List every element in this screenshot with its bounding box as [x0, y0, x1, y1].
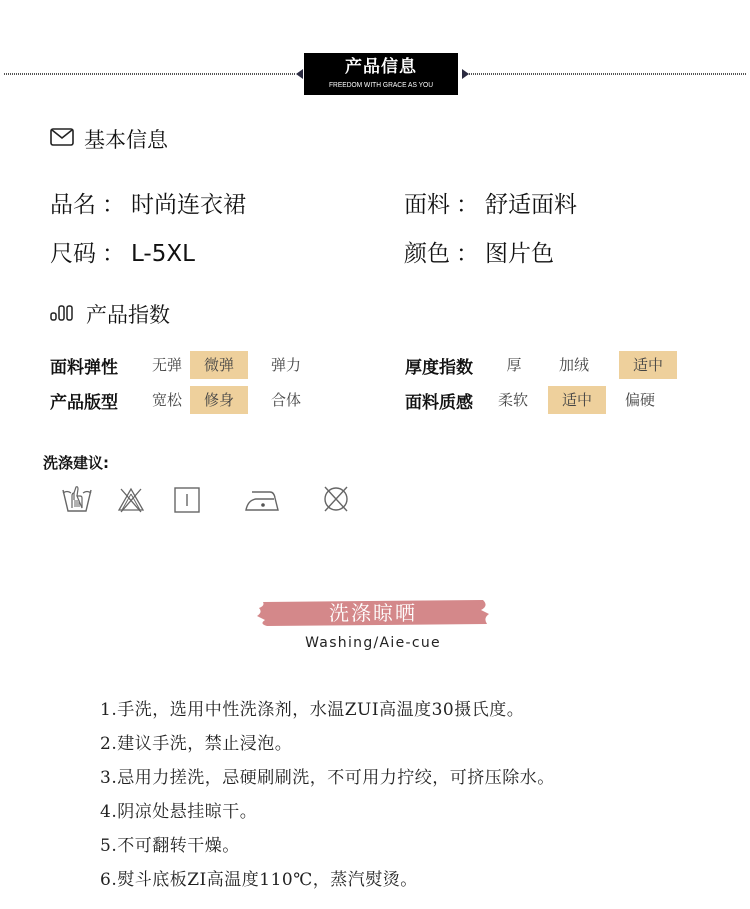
index-row-fit: 产品版型 宽松 修身 合体 [50, 386, 324, 414]
iron-low-icon [244, 484, 282, 518]
info-label: 面料 [404, 192, 450, 218]
info-label: 尺码 [50, 241, 96, 267]
header-subtitle: FREEDOM WITH GRACE AS YOU [308, 81, 454, 90]
info-label: 颜色 [404, 241, 450, 267]
info-sep: ： [102, 241, 125, 267]
index-option: 加绒 [529, 351, 619, 379]
info-color: 颜色：图片色 [404, 235, 554, 268]
info-sep: ： [456, 241, 479, 267]
tumble-dry-line-icon [172, 484, 202, 518]
header-divider-left [4, 73, 296, 75]
info-fabric: 面料：舒适面料 [404, 186, 577, 219]
index-option: 合体 [248, 386, 324, 414]
index-option: 宽松 [144, 386, 190, 414]
info-sep: ： [102, 192, 125, 218]
washing-steps-list: 1.手洗，选用中性洗涤剂，水温ZUI高温度30摄氏度。 2.建议手洗，禁止浸泡。… [100, 697, 555, 901]
washing-banner-subtitle: Washing/Aie-cue [257, 635, 489, 651]
index-option-selected: 微弹 [190, 351, 248, 379]
envelope-icon [50, 127, 74, 151]
triangle-right-icon [462, 69, 469, 79]
do-not-bleach-icon [116, 484, 146, 518]
info-product-name: 品名：时尚连衣裙 [50, 186, 246, 219]
index-option-selected: 适中 [619, 351, 677, 379]
info-value: L-5XL [131, 241, 195, 267]
index-label: 产品版型 [50, 388, 144, 413]
info-value: 时尚连衣裙 [131, 192, 246, 218]
washing-step: 5.不可翻转干燥。 [100, 833, 555, 867]
index-label: 面料质感 [405, 388, 499, 413]
index-option: 无弹 [144, 351, 190, 379]
washing-step: 6.熨斗底板ZI高温度110℃，蒸汽熨烫。 [100, 867, 555, 901]
do-not-dry-clean-icon [320, 484, 352, 518]
info-sep: ： [456, 192, 479, 218]
washing-step: 4.阴凉处悬挂晾干。 [100, 799, 555, 833]
triangle-left-icon [296, 69, 303, 79]
index-row-texture: 面料质感 柔软 适中 偏硬 [405, 386, 674, 414]
bar-chart-icon [50, 302, 76, 326]
index-option: 柔软 [493, 386, 533, 414]
wash-advice-title: 洗涤建议: [43, 452, 109, 473]
header-title-box: 产品信息 FREEDOM WITH GRACE AS YOU [304, 53, 458, 95]
basic-info-heading: 基本信息 [50, 124, 168, 154]
index-option-selected: 修身 [190, 386, 248, 414]
header-divider-right [469, 73, 747, 75]
header-title: 产品信息 [304, 59, 458, 76]
hand-wash-icon [60, 484, 94, 518]
index-option-selected: 适中 [548, 386, 606, 414]
basic-info-heading-text: 基本信息 [84, 124, 168, 154]
index-option: 厚 [499, 351, 529, 379]
info-value: 舒适面料 [485, 192, 577, 218]
product-index-heading: 产品指数 [50, 299, 170, 329]
index-option: 偏硬 [606, 386, 674, 414]
index-option: 弹力 [248, 351, 324, 379]
info-size: 尺码：L-5XL [50, 235, 195, 268]
product-index-heading-text: 产品指数 [86, 299, 170, 329]
info-value: 图片色 [485, 241, 554, 267]
index-row-thickness: 厚度指数 厚 加绒 适中 [405, 351, 677, 379]
index-label: 厚度指数 [405, 353, 499, 378]
washing-step: 1.手洗，选用中性洗涤剂，水温ZUI高温度30摄氏度。 [100, 697, 555, 731]
washing-banner-title: 洗涤晾晒 [257, 598, 489, 628]
index-label: 面料弹性 [50, 353, 144, 378]
info-label: 品名 [50, 192, 96, 218]
washing-step: 2.建议手洗，禁止浸泡。 [100, 731, 555, 765]
index-row-elasticity: 面料弹性 无弹 微弹 弹力 [50, 351, 324, 379]
washing-step: 3.忌用力搓洗，忌硬刷刷洗，不可用力拧绞，可挤压除水。 [100, 765, 555, 799]
